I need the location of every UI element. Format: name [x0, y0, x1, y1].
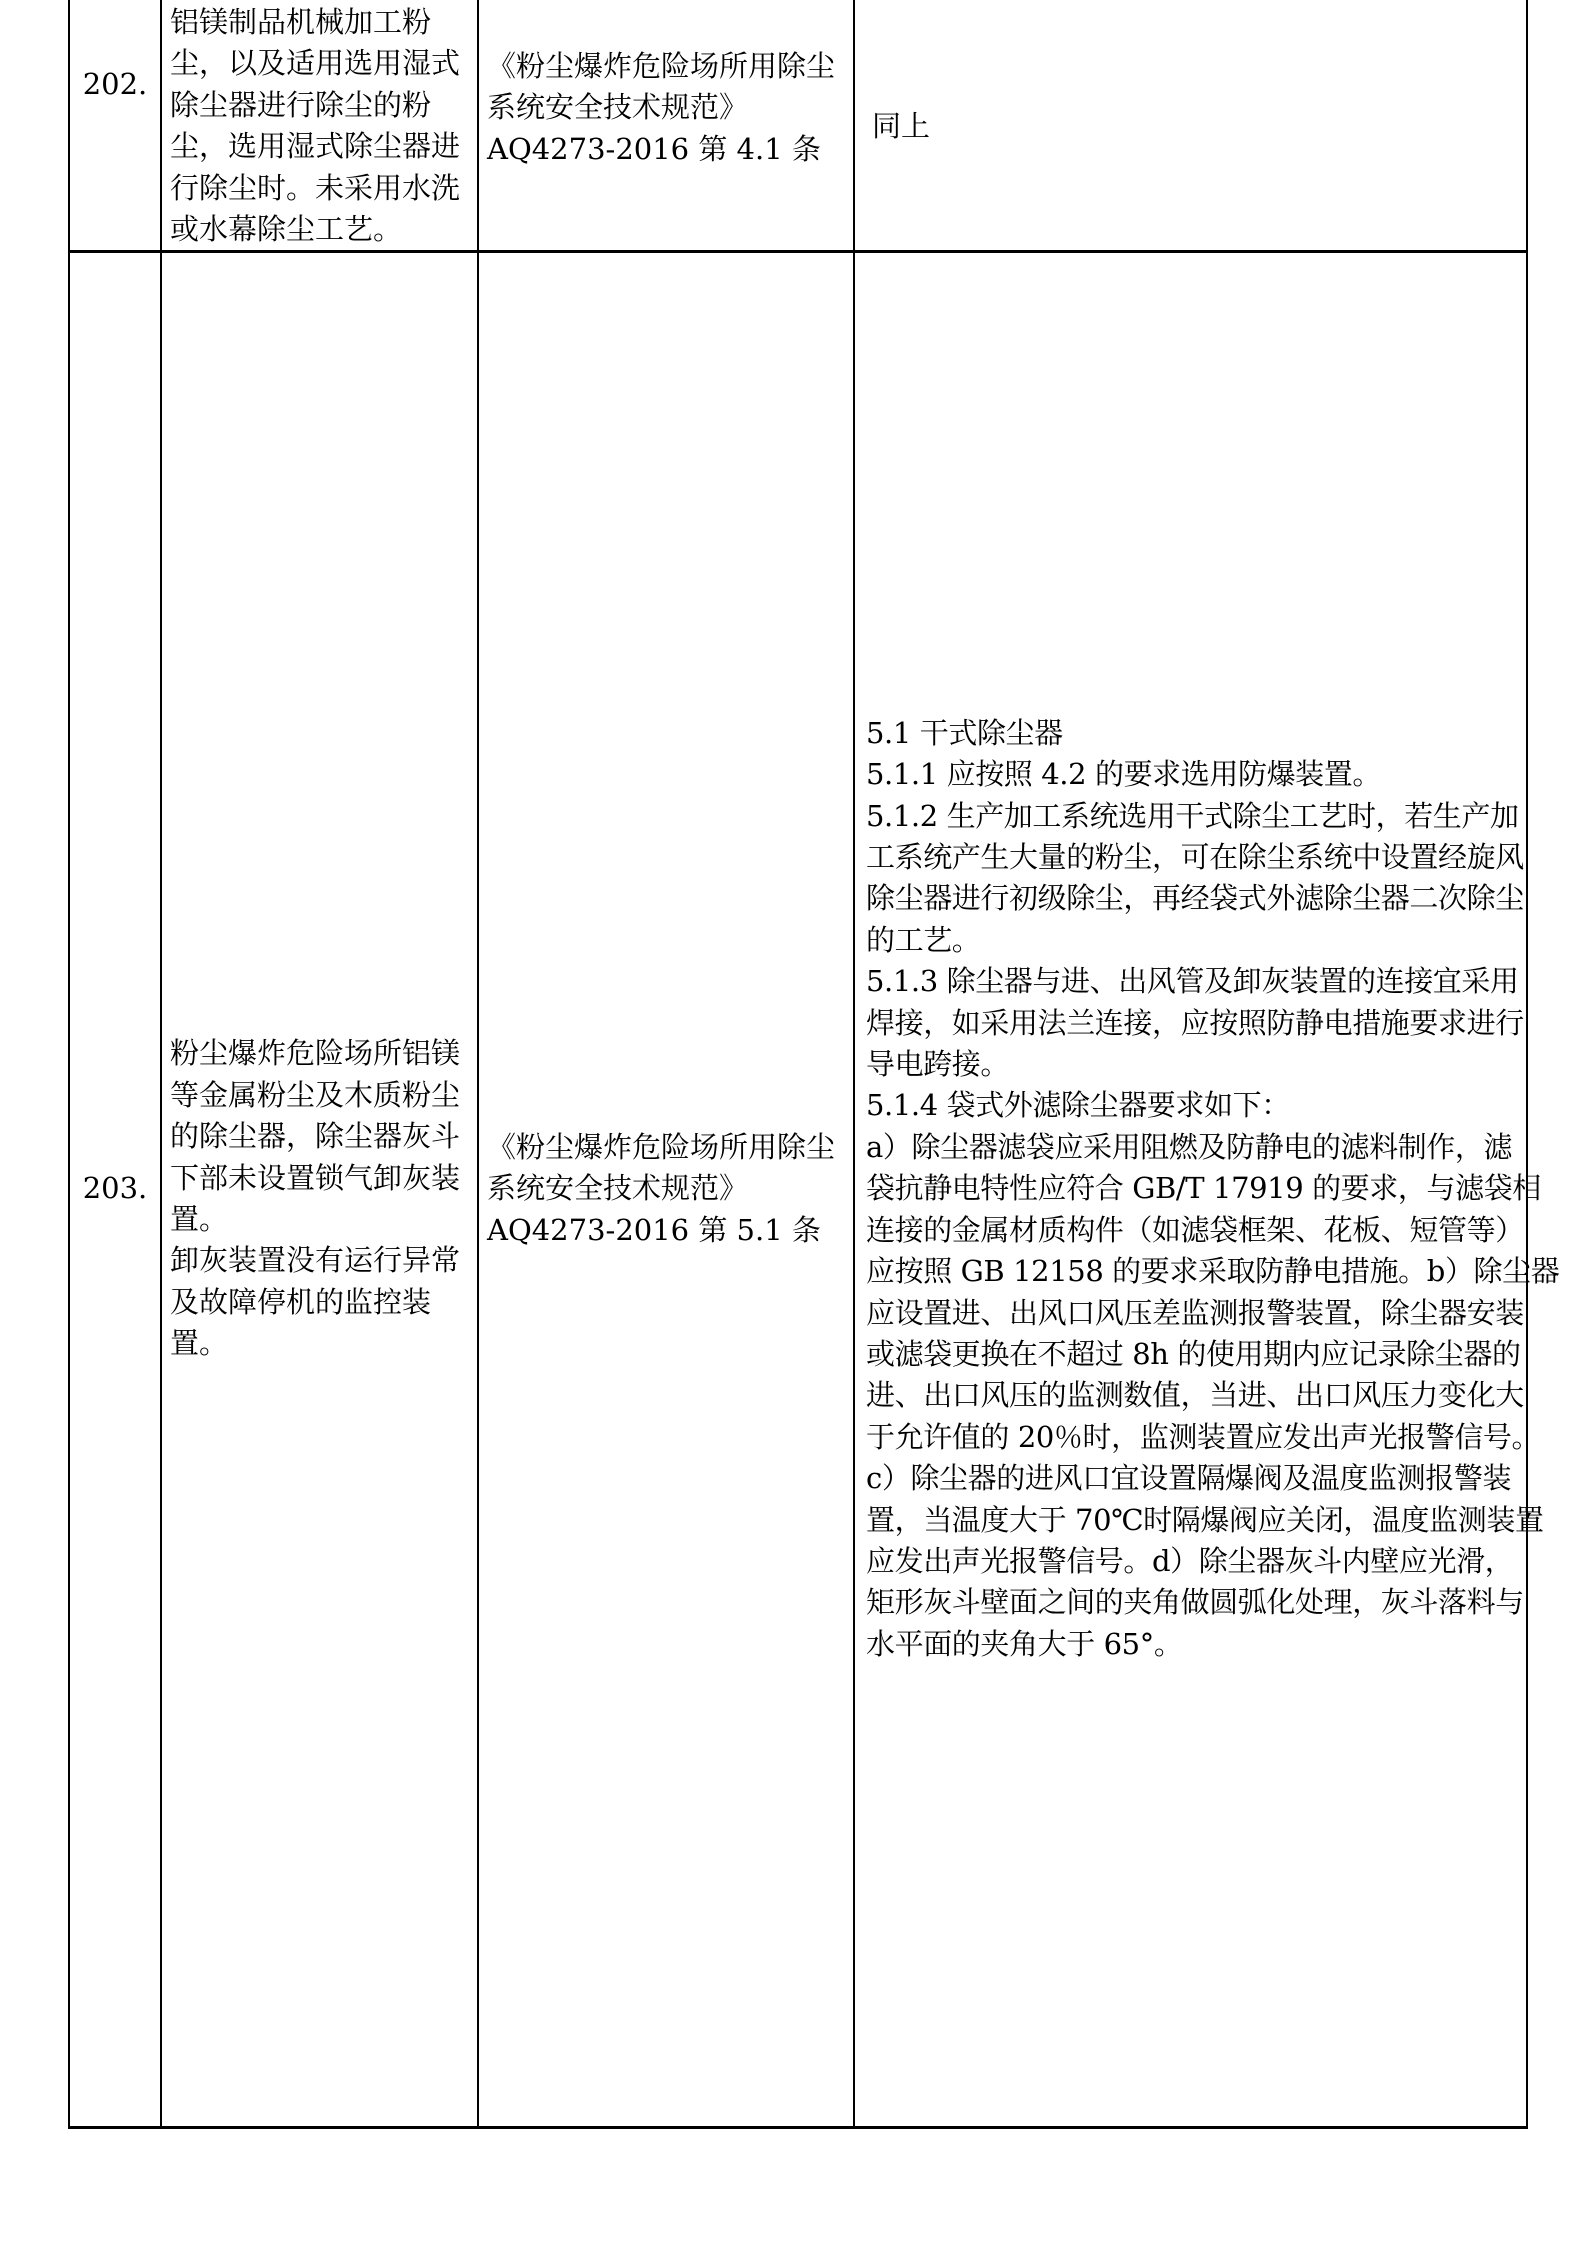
row-202-basis: 《粉尘爆炸危险场所用除尘 系统安全技术规范》 AQ4273-2016 第 4.1… [487, 46, 857, 170]
row-202-number-cell: 202. [68, 0, 162, 250]
document-page: 202. 铝镁制品机械加工粉 尘，以及适用选用湿式 除尘器进行除尘的粉 尘，选用… [0, 0, 1587, 2245]
row-203-basis: 《粉尘爆炸危险场所用除尘 系统安全技术规范》 AQ4273-2016 第 5.1… [487, 251, 857, 2167]
row-202-requirement: 同上 [872, 106, 930, 147]
row-203-number: 203. [83, 1168, 148, 1209]
row-203-description: 粉尘爆炸危险场所铝镁 等金属粉尘及木质粉尘 的除尘器，除尘器灰斗 下部未设置锁气… [170, 251, 480, 2137]
row-203-number-cell: 203. [68, 251, 162, 2127]
row-203-requirement: 5.1 干式除尘器 5.1.1 应按照 4.2 的要求选用防爆装置。 5.1.2… [866, 251, 1528, 2147]
row-202-description: 铝镁制品机械加工粉 尘，以及适用选用湿式 除尘器进行除尘的粉 尘，选用湿式除尘器… [170, 2, 480, 250]
row-202-number: 202. [83, 64, 148, 105]
